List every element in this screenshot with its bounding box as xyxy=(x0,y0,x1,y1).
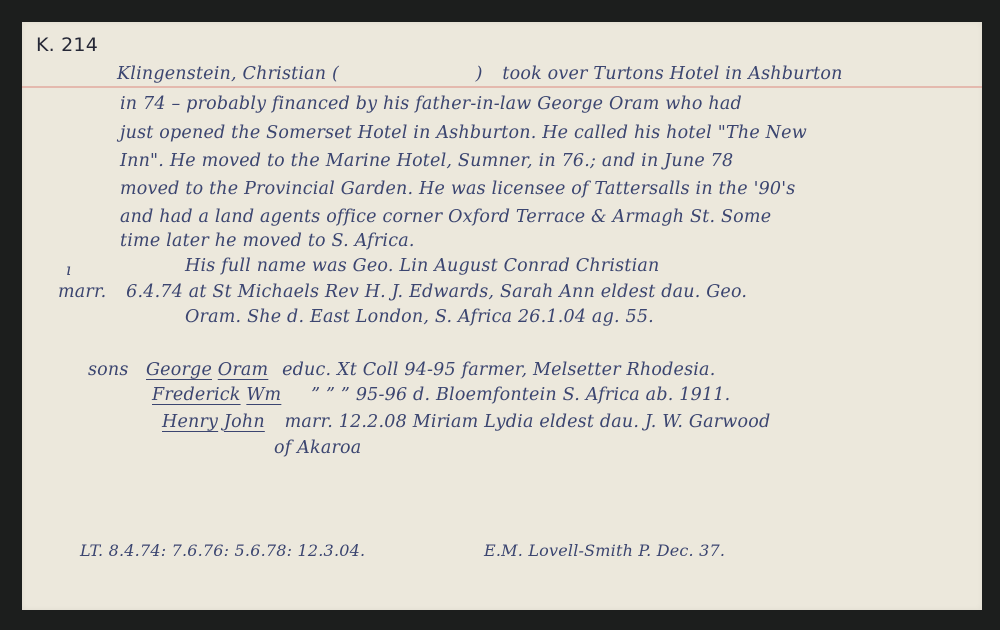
bio-line-3: Inn". He moved to the Marine Hotel, Sumn… xyxy=(120,151,733,171)
margin-mark: ı xyxy=(66,260,71,279)
son-second-name: John xyxy=(224,412,265,432)
attribution: E.M. Lovell-Smith P. Dec. 37. xyxy=(484,541,725,560)
dates-close: ) xyxy=(476,64,483,84)
source-references: LT. 8.4.74: 7.6.76: 5.6.78: 12.3.04. xyxy=(80,541,365,560)
son-row: Frederick Wm ” ” ” 95-96 d. Bloemfontein… xyxy=(152,385,730,405)
heading-rest: took over Turtons Hotel in Ashburton xyxy=(502,64,842,84)
son-second-name: Oram xyxy=(218,360,269,380)
son-row: George Oram educ. Xt Coll 94-95 farmer, … xyxy=(146,360,715,380)
heading-name: Klingenstein, Christian ( ) took over Tu… xyxy=(117,64,843,84)
son-detail: marr. 12.2.08 Miriam Lydia eldest dau. J… xyxy=(285,412,771,432)
son-first-name: George xyxy=(146,360,212,380)
bio-line-6: time later he moved to S. Africa. xyxy=(120,231,415,251)
bio-line-1: in 74 – probably financed by his father-… xyxy=(120,94,742,114)
marriage-line-2: Oram. She d. East London, S. Africa 26.1… xyxy=(185,307,654,327)
son-first-name: Frederick xyxy=(152,385,241,405)
bio-line-2: just opened the Somerset Hotel in Ashbur… xyxy=(120,123,807,143)
bio-line-5: and had a land agents office corner Oxfo… xyxy=(120,207,771,227)
marriage-detail: 6.4.74 at St Michaels Rev H. J. Edwards,… xyxy=(126,282,747,302)
son-detail: ” ” ” 95-96 d. Bloemfontein S. Africa ab… xyxy=(311,385,730,405)
marriage-label: marr. xyxy=(58,282,106,302)
sons-label: sons xyxy=(88,360,129,380)
archive-index-card: K. 214 Klingenstein, Christian ( ) took … xyxy=(22,22,982,610)
full-name-line: His full name was Geo. Lin August Conrad… xyxy=(185,256,659,276)
card-reference: K. 214 xyxy=(36,34,98,56)
son-detail: educ. Xt Coll 94-95 farmer, Melsetter Rh… xyxy=(282,360,715,380)
son-first-name: Henry xyxy=(162,412,218,432)
subject-name: Klingenstein, Christian ( xyxy=(117,64,339,84)
marriage-line-1: marr. 6.4.74 at St Michaels Rev H. J. Ed… xyxy=(58,282,747,302)
son-row: Henry John marr. 12.2.08 Miriam Lydia el… xyxy=(162,412,770,432)
bio-line-4: moved to the Provincial Garden. He was l… xyxy=(120,179,795,199)
son-second-name: Wm xyxy=(246,385,281,405)
red-header-rule xyxy=(22,86,982,88)
son-continuation: of Akaroa xyxy=(274,438,361,458)
